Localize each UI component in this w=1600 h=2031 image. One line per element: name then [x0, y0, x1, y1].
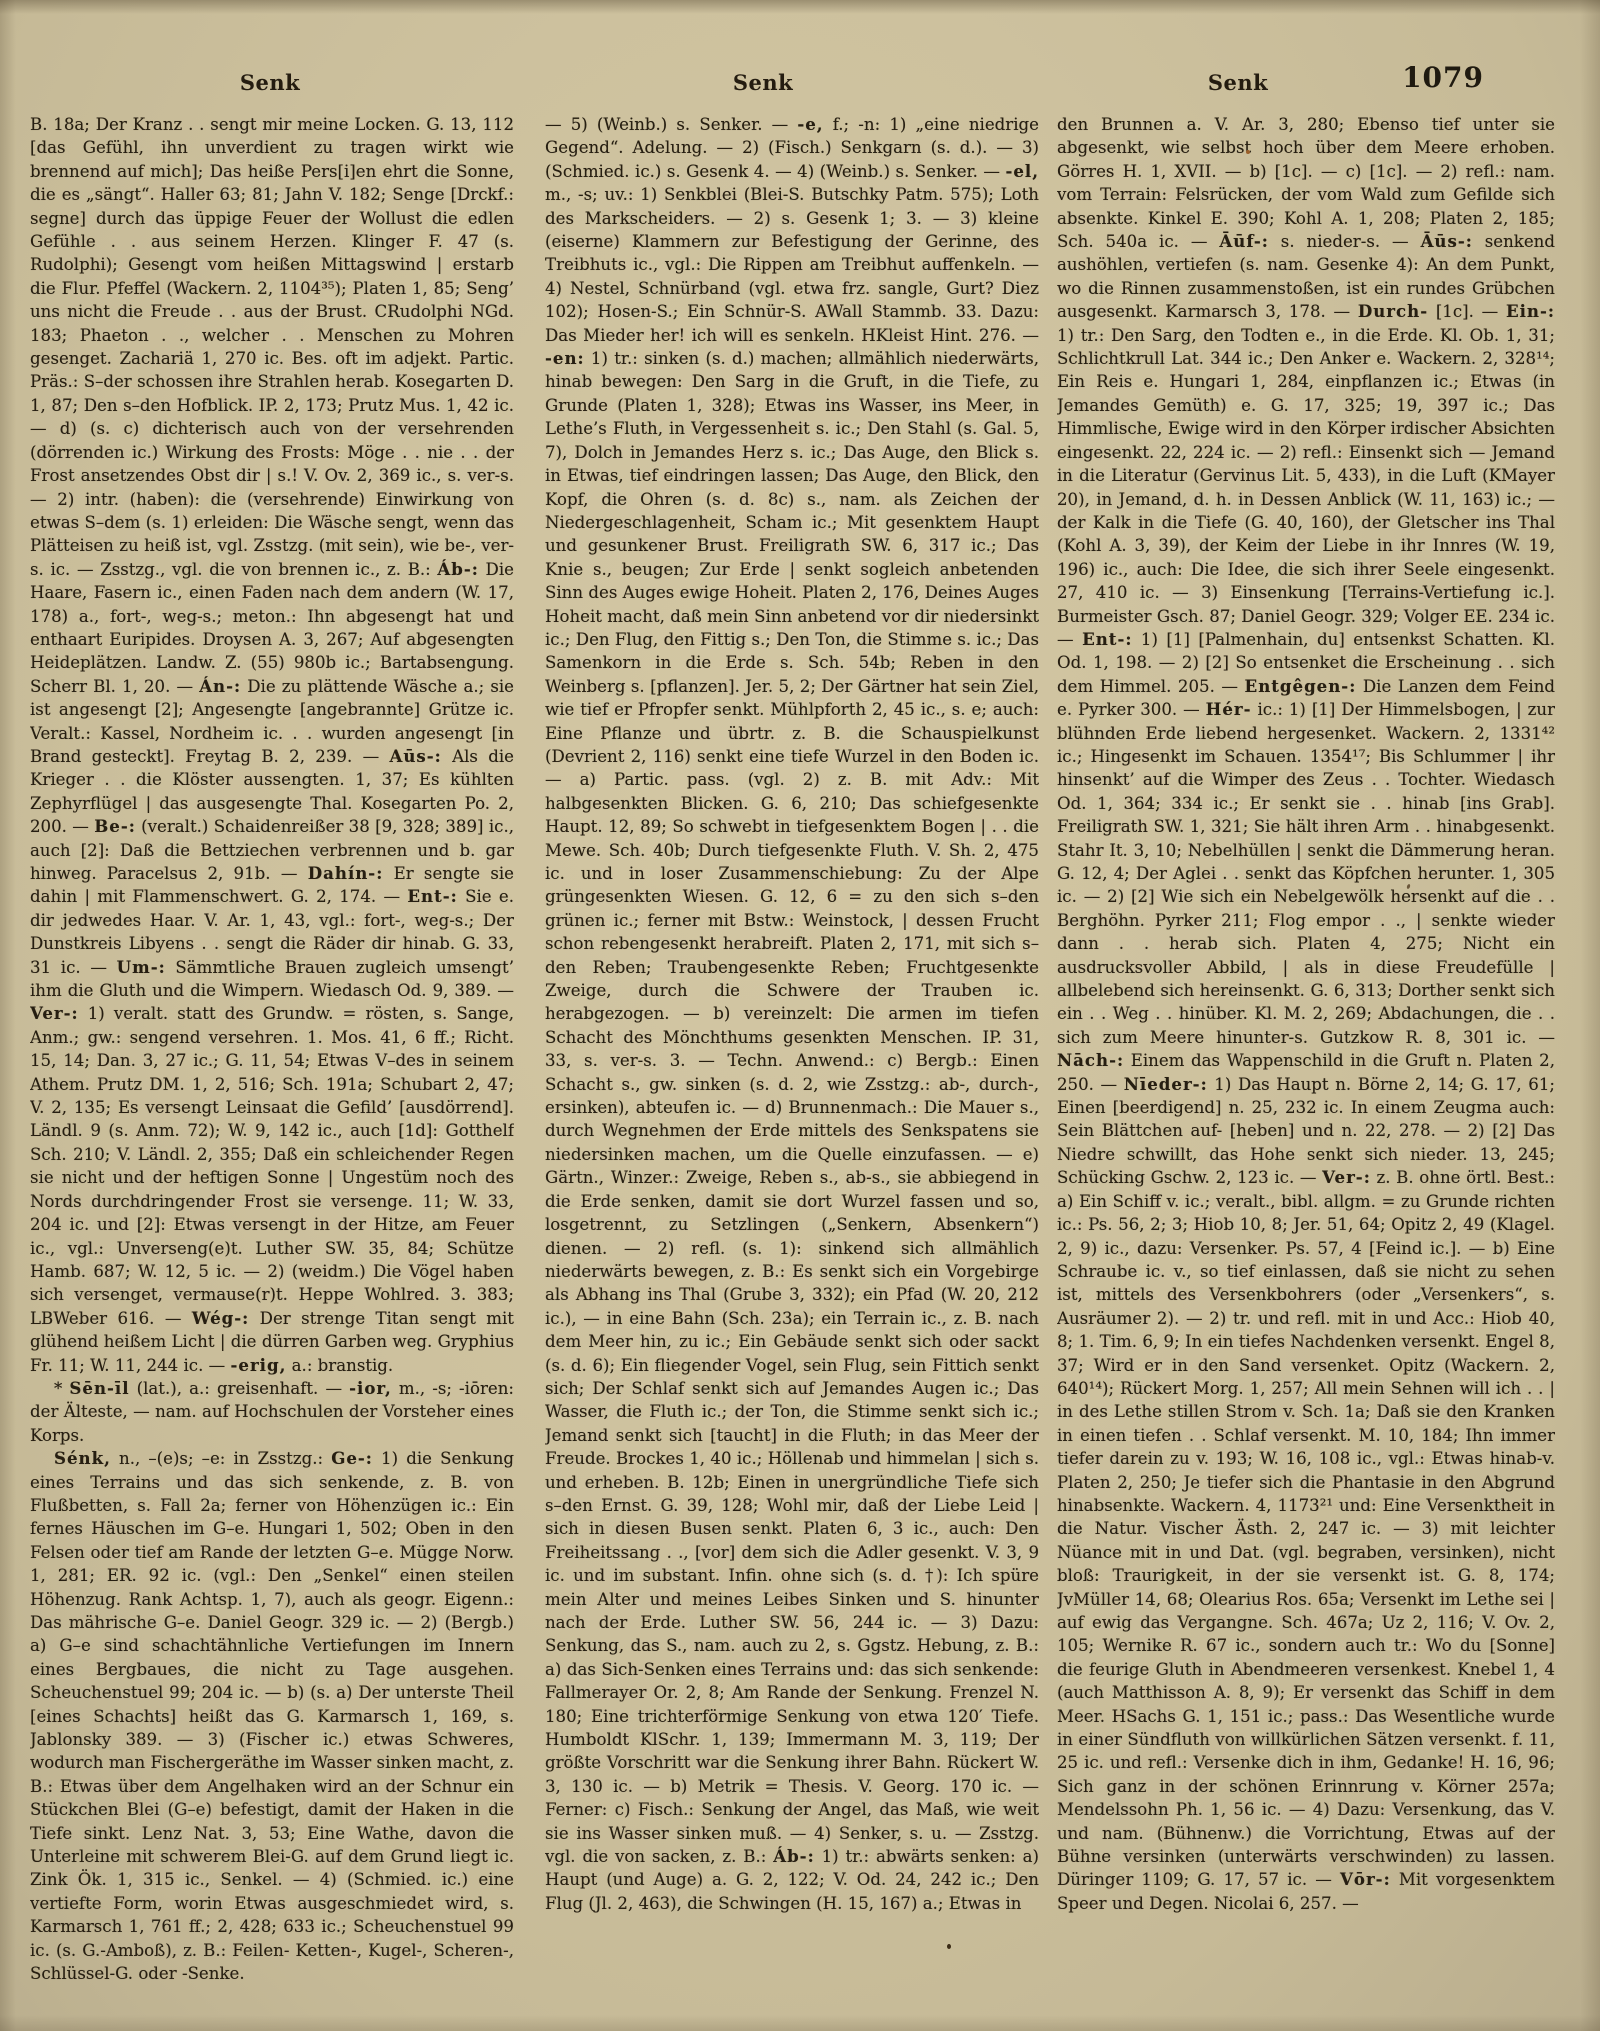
- column-header-keyword: Senk: [683, 70, 843, 95]
- column-header-keyword: Senk: [190, 70, 350, 95]
- paper-speck: [1246, 150, 1250, 154]
- paragraph: * Sēn-īl (lat.), a.: greisenhaft. — -ior…: [30, 1377, 514, 1447]
- paper-speck: [947, 1944, 951, 1949]
- paragraph: B. 18a; Der Kranz . . sengt mir meine Lo…: [30, 113, 514, 1377]
- paragraph: Sénk, n., –(e)s; –e: in Zsstzg.: Ge-: 1)…: [30, 1447, 514, 1985]
- page-number: 1079: [1388, 61, 1484, 94]
- text-column-2: — 5) (Weinb.) s. Senker. — -e, f.; -n: 1…: [545, 113, 1039, 1993]
- paragraph: — 5) (Weinb.) s. Senker. — -e, f.; -n: 1…: [545, 113, 1039, 1915]
- column-header-keyword: Senk: [1158, 70, 1318, 95]
- paragraph: den Brunnen a. V. Ar. 3, 280; Ebenso tie…: [1057, 113, 1555, 1915]
- text-column-3: den Brunnen a. V. Ar. 3, 280; Ebenso tie…: [1057, 113, 1555, 1993]
- text-column-1: B. 18a; Der Kranz . . sengt mir meine Lo…: [30, 113, 514, 1993]
- dictionary-page: Senk Senk Senk 1079 B. 18a; Der Kranz . …: [0, 0, 1600, 2031]
